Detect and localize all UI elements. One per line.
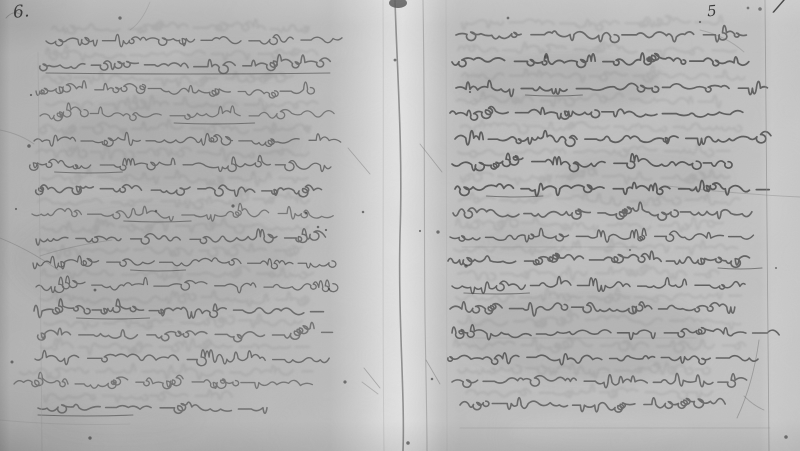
right-page-number: 5 xyxy=(706,2,717,21)
left-page-number: 6. xyxy=(12,1,30,23)
manuscript-scan: 6. 5 / xyxy=(0,0,800,451)
handwriting-layer xyxy=(0,0,800,451)
